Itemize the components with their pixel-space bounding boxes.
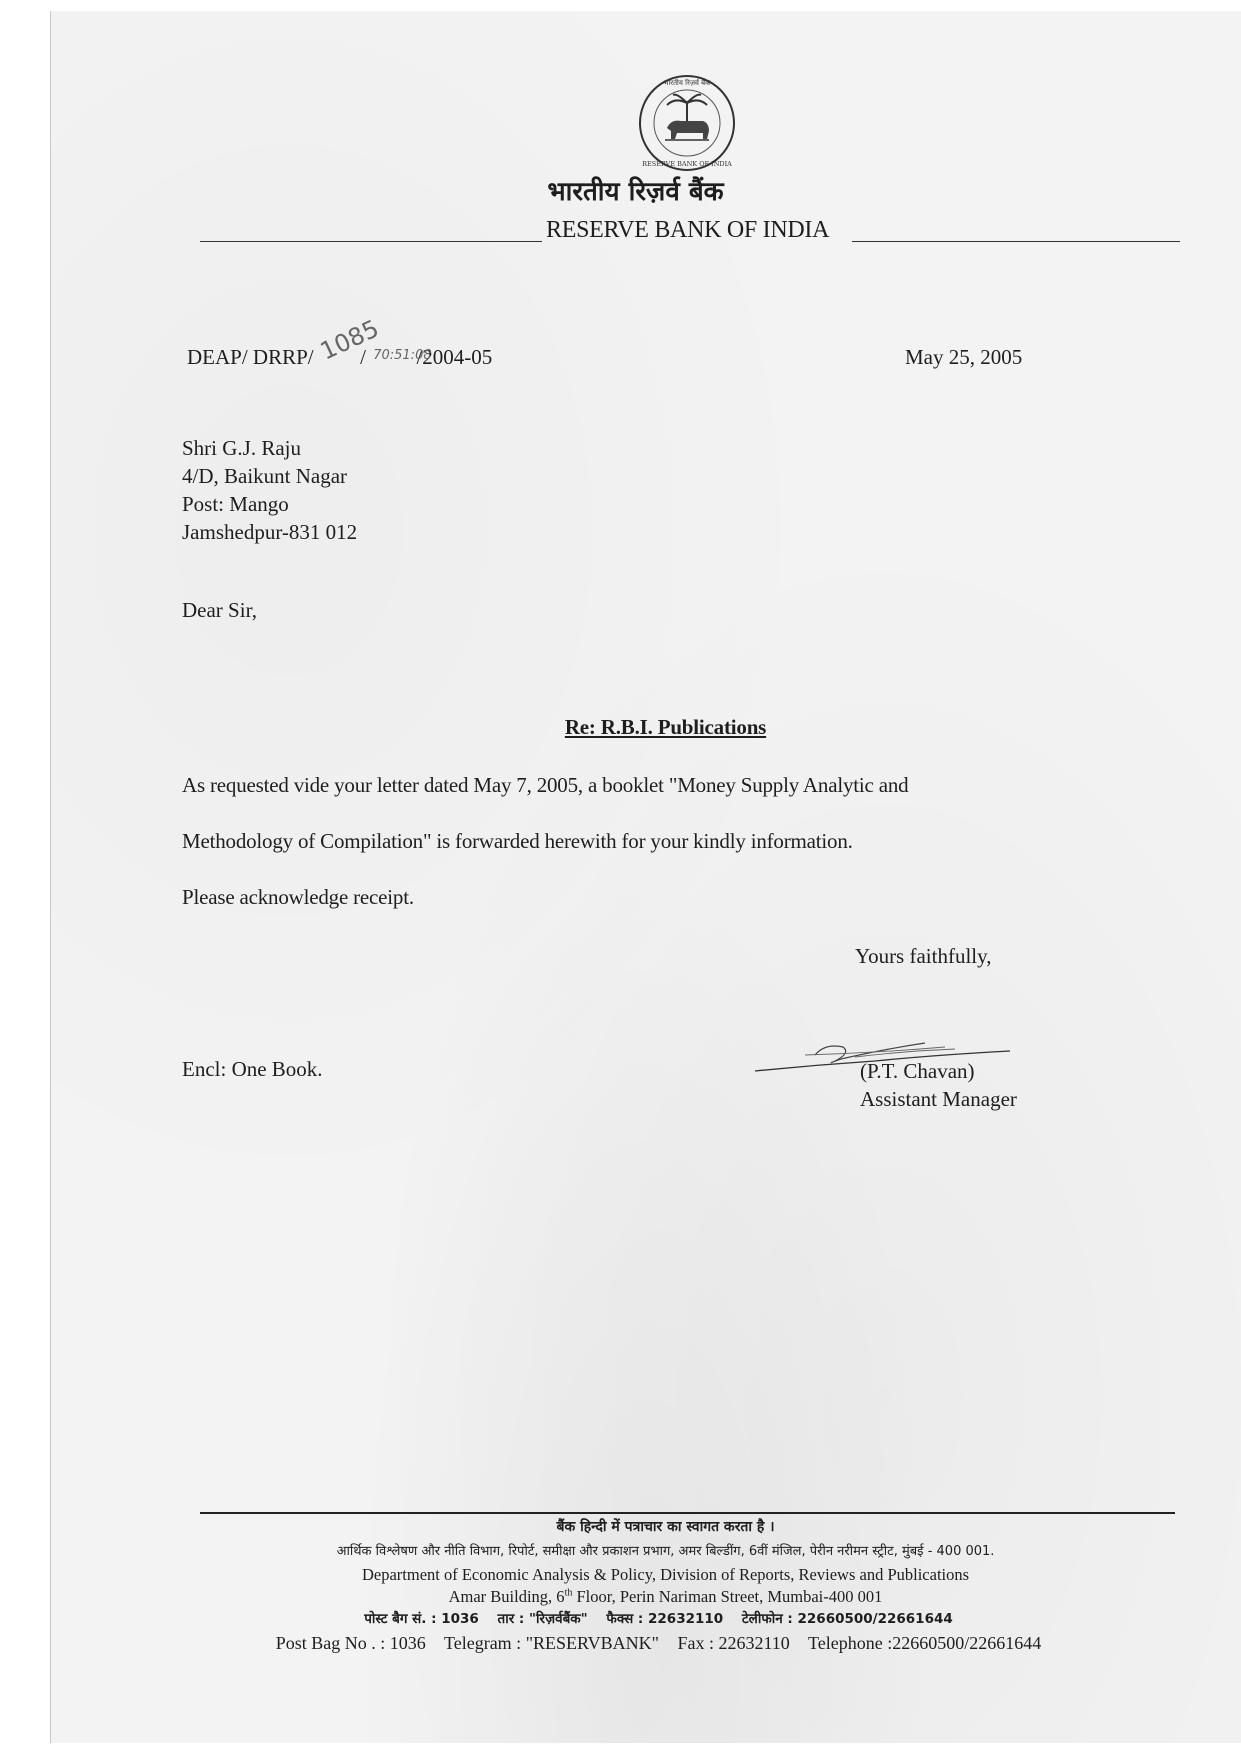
svg-text:RESERVE BANK OF INDIA: RESERVE BANK OF INDIA [642, 160, 732, 168]
hindi-post-bag: पोस्ट बैग सं. : 1036 [364, 1611, 479, 1627]
hindi-telegram: तार : "रिज़र्वबैंक" [498, 1611, 588, 1627]
recipient-address: Shri G.J. Raju 4/D, Baikunt Nagar Post: … [182, 434, 357, 546]
letter-page [50, 11, 1241, 1743]
footer-english-contacts: Post Bag No . : 1036 Telegram : "RESERVB… [0, 1633, 1241, 1654]
signatory-name: (P.T. Chavan) [860, 1057, 1017, 1085]
footer-department: Department of Economic Analysis & Policy… [0, 1565, 1241, 1585]
address-part: Floor, Perin Nariman Street, Mumbai-400 … [572, 1587, 882, 1606]
reference-prefix: DEAP/ DRRP/ [187, 345, 314, 369]
body-paragraph-1: As requested vide your letter dated May … [182, 773, 908, 798]
footer-rule [200, 1512, 1175, 1514]
body-paragraph-2: Methodology of Compilation" is forwarded… [182, 829, 853, 854]
letter-date: May 25, 2005 [905, 345, 1022, 370]
subject-line: Re: R.B.I. Publications [0, 715, 1241, 740]
footer-address: Amar Building, 6th Floor, Perin Nariman … [0, 1587, 1241, 1607]
closing: Yours faithfully, [855, 944, 992, 969]
telephone: Telephone :22660500/22661644 [808, 1633, 1041, 1653]
recipient-line: 4/D, Baikunt Nagar [182, 462, 357, 490]
enclosure-note: Encl: One Book. [182, 1057, 323, 1082]
signatory-block: (P.T. Chavan) Assistant Manager [860, 1057, 1017, 1113]
recipient-line: Post: Mango [182, 490, 357, 518]
footer-hindi-welcome: बैंक हिन्दी में पत्राचार का स्वागत करता … [0, 1517, 1241, 1536]
letterhead-banner: RESERVE BANK OF INDIA [200, 218, 1180, 242]
address-part: Amar Building, 6 [449, 1587, 565, 1606]
reference-number: DEAP/ DRRP/ 1085 / 70:51:08 /2004-05 [187, 345, 492, 370]
telegram: Telegram : "RESERVBANK" [444, 1633, 659, 1653]
bank-name-hindi: भारतीय रिज़र्व बैंक [0, 172, 1241, 208]
hindi-telephone: टेलीफोन : 22660500/22661644 [742, 1611, 953, 1627]
header-rule-left [200, 241, 542, 242]
footer-hindi-contacts: पोस्ट बैग सं. : 1036 तार : "रिज़र्वबैंक"… [0, 1609, 1241, 1627]
body-paragraph-3: Please acknowledge receipt. [182, 885, 414, 910]
header-rule-right [852, 241, 1180, 242]
recipient-line: Shri G.J. Raju [182, 434, 357, 462]
footer-hindi-address: आर्थिक विश्लेषण और नीति विभाग, रिपोर्ट, … [0, 1541, 1241, 1559]
recipient-line: Jamshedpur-831 012 [182, 518, 357, 546]
post-bag: Post Bag No . : 1036 [276, 1633, 426, 1653]
svg-text:भारतीय रिज़र्व बैंक: भारतीय रिज़र्व बैंक [663, 78, 711, 87]
signatory-designation: Assistant Manager [860, 1085, 1017, 1113]
handwritten-code: 70:51:08 [373, 348, 431, 363]
fax: Fax : 22632110 [677, 1633, 789, 1653]
rbi-seal-icon: भारतीय रिज़र्व बैंक RESERVE BANK OF INDI… [637, 73, 737, 173]
bank-name-english: RESERVE BANK OF INDIA [546, 217, 829, 244]
salutation: Dear Sir, [182, 598, 257, 623]
hindi-fax: फैक्स : 22632110 [606, 1611, 723, 1627]
